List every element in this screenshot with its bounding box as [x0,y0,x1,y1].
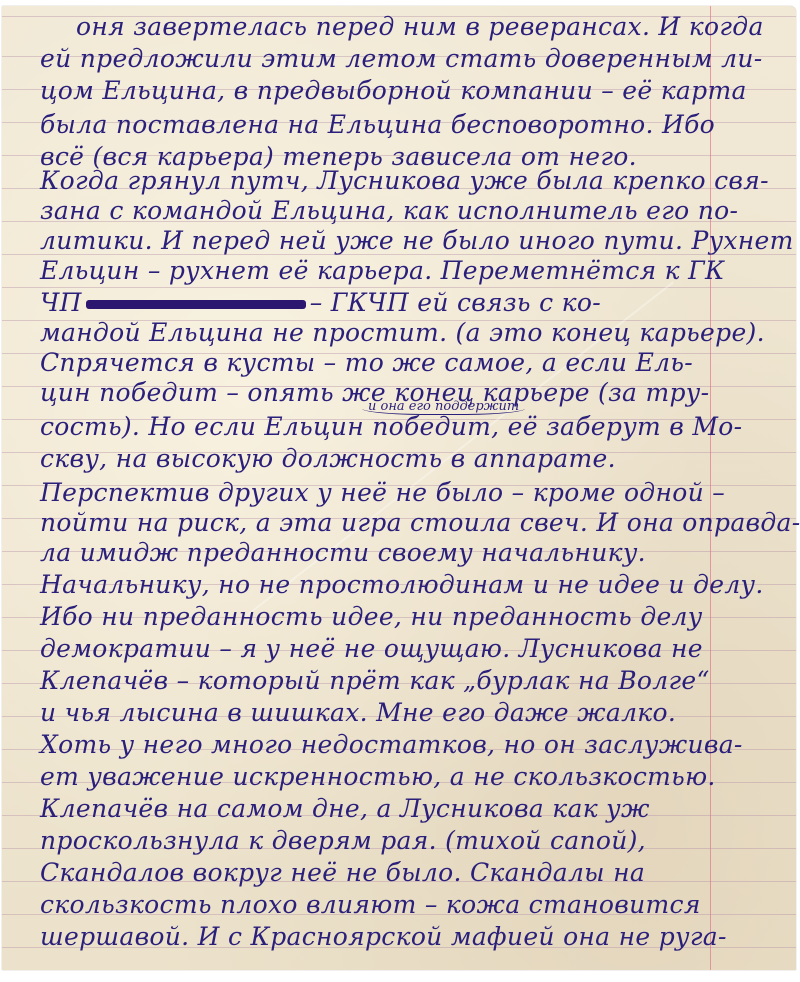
text-line-7: зана с командой Ельцина, как исполнитель… [40,198,738,223]
text-line-28: Скандалов вокруг неё не было. Скандалы н… [40,860,645,885]
text-line-14: сость). Но если Ельцин победит, её забер… [40,414,742,439]
text-line-22: Клепачёв – который прёт как „бурлак на В… [40,668,710,693]
text-line-4: была поставлена на Ельцина бесповоротно.… [40,112,715,137]
text-line-9: Ельцин – рухнет её карьера. Переметнётся… [40,258,725,283]
text-line-3: цом Ельцина, в предвыборной компании – е… [40,78,747,103]
text-line-11: мандой Ельцина не простит. (а это конец … [40,320,765,345]
text-line-16: Перспектив других у неё не было – кроме … [40,480,725,505]
text-line-6: Когда грянул путч, Лусникова уже была кр… [40,168,769,193]
text-line-18: ла имидж преданности своему начальнику. [40,540,646,565]
text-line-8: литики. И перед ней уже не было иного пу… [40,228,794,253]
text-line-19: Начальнику, но не простолюдинам и не иде… [40,572,764,597]
text-line-10-start: ЧП [40,288,82,317]
text-line-27: проскользнула к дверям рая. (тихой сапой… [40,828,646,853]
text-line-29: скользкость плохо влияют – кожа становит… [40,892,701,917]
text-line-23: и чья лысина в шишках. Мне его даже жалк… [40,700,676,725]
text-line-26: Клепачёв на самом дне, а Лусникова как у… [40,796,650,821]
notebook-page: оня завертелась перед ним в реверансах. … [2,6,796,970]
text-line-17: пойти на риск, а эта игра стоила свеч. И… [40,510,800,535]
text-line-12: Спрячется в кусты – то же самое, а если … [40,350,693,375]
text-line-21: демократии – я у неё не ощущаю. Лусников… [40,636,703,661]
text-line-2: ей предложили этим летом стать доверенны… [40,46,763,71]
text-line-15: скву, на высокую должность в аппарате. [40,446,616,471]
text-line-1: оня завертелась перед ним в реверансах. … [76,14,764,39]
text-line-25: ет уважение искренностью, а не скользкос… [40,764,716,789]
text-line-24: Хоть у него много недостатков, но он зас… [40,732,743,757]
text-line-10-end: – ГКЧП ей связь с ко- [310,288,601,317]
text-line-20: Ибо ни преданность идее, ни преданность … [40,604,703,629]
text-line-10: ЧП– ГКЧП ей связь с ко- [40,290,601,315]
text-line-30: шершавой. И с Красноярской мафией она не… [40,924,727,949]
strikethrough-mark [86,300,306,309]
